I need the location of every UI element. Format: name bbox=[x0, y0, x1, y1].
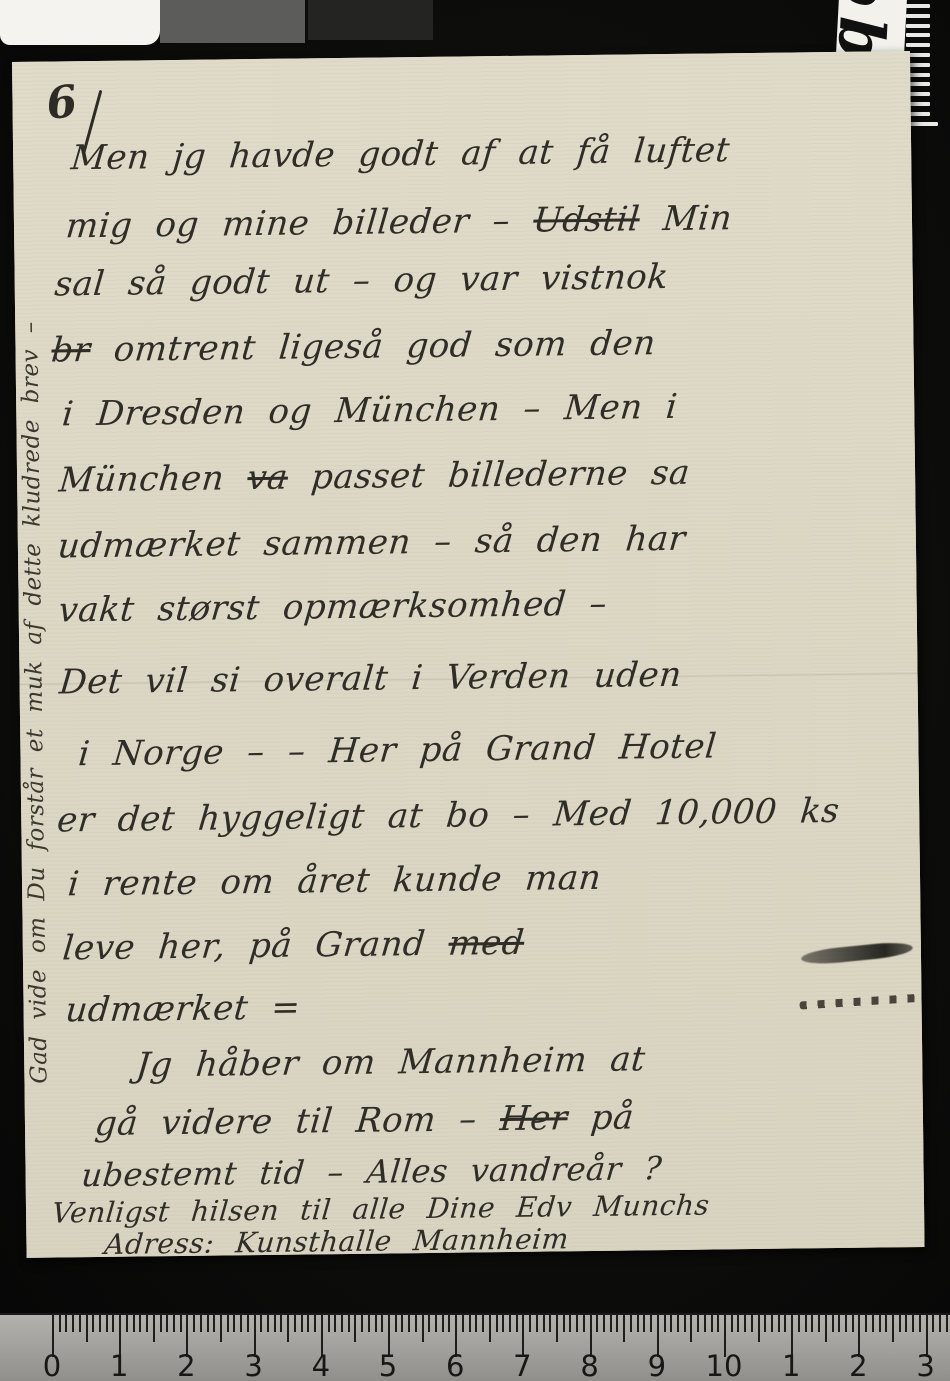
handwritten-line: Jg håber om Mannheim at bbox=[135, 1042, 647, 1082]
handwritten-line: udmærket sammen – så den har bbox=[56, 522, 687, 564]
ruler-tick bbox=[280, 1315, 282, 1332]
ruler-tick bbox=[65, 1315, 67, 1332]
ruler-tick bbox=[307, 1315, 309, 1332]
struck-word: va bbox=[246, 458, 290, 499]
line-text: udmærket = bbox=[64, 988, 302, 1031]
ruler-tick bbox=[428, 1315, 430, 1332]
line-text: Det vil si overalt i Verden uden bbox=[58, 655, 684, 703]
ruler-tick bbox=[422, 1315, 424, 1342]
ruler-number: 3 bbox=[896, 1349, 950, 1381]
ruler-tick bbox=[274, 1315, 276, 1332]
handwritten-line: mig og mine billeder – Udstil Min bbox=[64, 201, 733, 243]
ruler-tick bbox=[536, 1315, 538, 1332]
handwritten-line: gå videre til Rom – Her på bbox=[93, 1100, 635, 1141]
ruler-tick bbox=[543, 1315, 545, 1332]
line-text: i Dresden og München – Men i bbox=[60, 387, 679, 435]
ruler: 012345678910123 bbox=[0, 1313, 950, 1381]
ruler-tick bbox=[173, 1315, 175, 1332]
ruler-tick bbox=[106, 1315, 108, 1332]
ruler-tick bbox=[798, 1315, 800, 1332]
ruler-number: 8 bbox=[560, 1349, 620, 1381]
ruler-tick bbox=[603, 1315, 605, 1332]
ruler-tick bbox=[731, 1315, 733, 1332]
ruler-tick bbox=[825, 1315, 827, 1342]
ruler-tick bbox=[697, 1315, 699, 1332]
ruler-tick bbox=[395, 1315, 397, 1332]
ruler-tick bbox=[630, 1315, 632, 1332]
ruler-tick bbox=[381, 1315, 383, 1332]
ruler-tick bbox=[368, 1315, 370, 1332]
ruler-tick bbox=[92, 1315, 94, 1332]
line-text: passet billederne sa bbox=[286, 453, 692, 498]
struck-word: Udstil bbox=[532, 199, 642, 240]
handwritten-line: br omtrent ligeså god som den bbox=[50, 326, 657, 367]
ruler-tick bbox=[496, 1315, 498, 1332]
line-text: leve her, på Grand bbox=[61, 924, 450, 969]
ruler-number: 6 bbox=[425, 1349, 485, 1381]
ruler-tick bbox=[556, 1315, 558, 1342]
struck-word: med bbox=[447, 923, 526, 964]
ruler-tick bbox=[865, 1315, 867, 1332]
line-text: Men jg havde godt af at få luftet bbox=[69, 130, 731, 178]
ruler-tick bbox=[744, 1315, 746, 1332]
ruler-tick bbox=[737, 1315, 739, 1332]
ruler-tick bbox=[200, 1315, 202, 1332]
ruler-tick bbox=[180, 1315, 182, 1332]
line-text: vakt størst opmærksomhed – bbox=[57, 584, 609, 631]
ruler-tick bbox=[314, 1315, 316, 1332]
line-text: i rente om året kunde man bbox=[66, 858, 603, 905]
ruler-tick bbox=[72, 1315, 74, 1332]
ruler-tick bbox=[771, 1315, 773, 1332]
ruler-tick bbox=[401, 1315, 403, 1332]
line-text: omtrent ligeså god som den bbox=[89, 323, 658, 370]
ruler-number: 9 bbox=[627, 1349, 687, 1381]
ruler-tick bbox=[213, 1315, 215, 1332]
line-text: gå videre til Rom – bbox=[93, 1099, 502, 1144]
ruler-tick bbox=[939, 1315, 941, 1332]
handwritten-line: sal så godt ut – og var vistnok bbox=[53, 260, 670, 302]
ruler-tick bbox=[516, 1315, 518, 1332]
ruler-tick bbox=[240, 1315, 242, 1332]
ruler-tick bbox=[328, 1315, 330, 1332]
scanned-letter-photo: b b 6 Gad vide om Du forstår et muk af d… bbox=[0, 0, 950, 1381]
ruler-tick bbox=[502, 1315, 504, 1332]
ruler-tick bbox=[435, 1315, 437, 1332]
ruler-tick bbox=[616, 1315, 618, 1332]
ruler-tick bbox=[664, 1315, 666, 1332]
handwritten-line: Adress: Kunsthalle Mannheim bbox=[103, 1225, 570, 1259]
edge-scale-tick bbox=[906, 14, 930, 18]
ruler-number: 3 bbox=[224, 1349, 284, 1381]
ruler-tick bbox=[301, 1315, 303, 1332]
edge-scale-tick bbox=[906, 24, 930, 28]
ruler-tick bbox=[711, 1315, 713, 1332]
ruler-tick bbox=[677, 1315, 679, 1332]
ruler-tick bbox=[818, 1315, 820, 1332]
ruler-tick bbox=[690, 1315, 692, 1342]
ruler-number: 0 bbox=[22, 1349, 82, 1381]
handwritten-line: Men jg havde godt af at få luftet bbox=[70, 133, 732, 175]
edge-scale-tick bbox=[906, 43, 930, 47]
ruler-tick bbox=[448, 1315, 450, 1332]
ruler-tick bbox=[375, 1315, 377, 1332]
ruler-number: 4 bbox=[291, 1349, 351, 1381]
handwritten-line: udmærket = bbox=[64, 991, 302, 1028]
ruler-tick bbox=[610, 1315, 612, 1332]
ruler-tick bbox=[334, 1315, 336, 1332]
ruler-tick bbox=[583, 1315, 585, 1332]
ruler-tick bbox=[805, 1315, 807, 1332]
ruler-tick bbox=[59, 1315, 61, 1332]
line-text: er det hyggeligt at bo – Med 10,000 ks bbox=[55, 791, 841, 841]
ruler-tick bbox=[563, 1315, 565, 1332]
ruler-tick bbox=[469, 1315, 471, 1332]
ruler-tick bbox=[287, 1315, 289, 1342]
line-text: i Norge – – Her på Grand Hotel bbox=[77, 726, 719, 774]
ruler-tick bbox=[482, 1315, 484, 1332]
calibration-patch-dark bbox=[308, 0, 433, 40]
ruler-tick bbox=[112, 1315, 114, 1332]
ruler-tick bbox=[247, 1315, 249, 1332]
ruler-tick bbox=[872, 1315, 874, 1332]
handwritten-line: i Dresden og München – Men i bbox=[61, 390, 679, 432]
ruler-tick bbox=[139, 1315, 141, 1332]
ruler-number: 5 bbox=[358, 1349, 418, 1381]
ruler-tick bbox=[932, 1315, 934, 1332]
handwritten-line: München va passet billederne sa bbox=[58, 456, 692, 498]
line-text: mig og mine billeder – bbox=[64, 201, 535, 247]
ink-dots-mark bbox=[799, 994, 917, 1010]
ruler-number: 7 bbox=[492, 1349, 552, 1381]
line-text: Venligst hilsen til alle Dine Edv Munchs bbox=[51, 1189, 711, 1230]
ruler-tick bbox=[717, 1315, 719, 1332]
ruler-tick bbox=[596, 1315, 598, 1332]
ruler-tick bbox=[549, 1315, 551, 1332]
ruler-tick bbox=[899, 1315, 901, 1332]
ruler-tick bbox=[569, 1315, 571, 1332]
ruler-tick bbox=[946, 1315, 948, 1332]
ruler-tick bbox=[764, 1315, 766, 1332]
ruler-tick bbox=[919, 1315, 921, 1332]
ruler-tick bbox=[489, 1315, 491, 1342]
ruler-tick bbox=[811, 1315, 813, 1332]
ruler-number: 1 bbox=[761, 1349, 821, 1381]
ruler-tick bbox=[227, 1315, 229, 1332]
ruler-tick bbox=[838, 1315, 840, 1332]
ruler-tick bbox=[361, 1315, 363, 1332]
line-text: sal så godt ut – og var vistnok bbox=[53, 257, 670, 305]
line-text: Min bbox=[638, 198, 734, 239]
ruler-number: 2 bbox=[156, 1349, 216, 1381]
ruler-tick bbox=[637, 1315, 639, 1332]
ruler-tick bbox=[408, 1315, 410, 1332]
ruler-tick bbox=[160, 1315, 162, 1332]
edge-scale-tick bbox=[906, 4, 930, 8]
ruler-tick bbox=[79, 1315, 81, 1332]
ruler-tick bbox=[348, 1315, 350, 1332]
ruler-tick bbox=[529, 1315, 531, 1332]
handwritten-line: i Norge – – Her på Grand Hotel bbox=[77, 729, 718, 771]
ruler-tick bbox=[845, 1315, 847, 1332]
ruler-number: 10 bbox=[694, 1349, 754, 1381]
ruler-tick bbox=[166, 1315, 168, 1332]
label-letter-partial: b bbox=[833, 0, 897, 10]
line-text: på bbox=[566, 1097, 636, 1138]
letter-page: 6 Gad vide om Du forstår et muk af dette… bbox=[12, 51, 925, 1258]
ruler-tick bbox=[415, 1315, 417, 1332]
ruler-tick bbox=[233, 1315, 235, 1332]
ruler-tick bbox=[99, 1315, 101, 1332]
ruler-tick bbox=[912, 1315, 914, 1332]
calibration-patch-gray bbox=[160, 0, 305, 43]
line-text: München bbox=[57, 458, 249, 500]
handwritten-line: er det hyggeligt at bo – Med 10,000 ks bbox=[56, 794, 841, 838]
handwritten-line: Det vil si overalt i Verden uden bbox=[58, 658, 683, 700]
struck-word: Her bbox=[498, 1098, 569, 1139]
handwritten-line: i rente om året kunde man bbox=[66, 861, 602, 902]
ruler-tick bbox=[892, 1315, 894, 1342]
ruler-tick bbox=[643, 1315, 645, 1332]
handwritten-line: ubestemt tid – Alles vandreår ? bbox=[80, 1152, 663, 1191]
ruler-number: 2 bbox=[828, 1349, 888, 1381]
line-text: udmærket sammen – så den har bbox=[56, 519, 687, 567]
handwritten-line: vakt størst opmærksomhed – bbox=[57, 587, 608, 628]
ruler-tick bbox=[684, 1315, 686, 1332]
ruler-tick bbox=[133, 1315, 135, 1332]
struck-word: br bbox=[50, 330, 93, 371]
ruler-tick bbox=[852, 1315, 854, 1332]
ruler-tick bbox=[86, 1315, 88, 1342]
ruler-tick bbox=[905, 1315, 907, 1332]
line-text: ubestemt tid – Alles vandreår ? bbox=[80, 1149, 664, 1194]
ruler-number: 1 bbox=[89, 1349, 149, 1381]
ruler-tick bbox=[126, 1315, 128, 1332]
ruler-tick bbox=[354, 1315, 356, 1342]
handwritten-line: Venligst hilsen til alle Dine Edv Munchs bbox=[51, 1192, 711, 1228]
ruler-tick bbox=[623, 1315, 625, 1342]
ruler-tick bbox=[153, 1315, 155, 1342]
ruler-tick bbox=[341, 1315, 343, 1332]
ruler-tick bbox=[832, 1315, 834, 1332]
ruler-tick bbox=[146, 1315, 148, 1332]
letter-body: Men jg havde godt af at få luftetmig og … bbox=[12, 51, 910, 62]
ruler-tick bbox=[650, 1315, 652, 1332]
ruler-tick bbox=[758, 1315, 760, 1342]
handwritten-line: leve her, på Grand med bbox=[61, 926, 526, 966]
margin-note: Gad vide om Du forstår et muk af dette k… bbox=[16, 204, 53, 1084]
page-number: 6 bbox=[44, 76, 80, 130]
ruler-tick bbox=[670, 1315, 672, 1332]
ruler-tick bbox=[442, 1315, 444, 1332]
ink-smudge-mark bbox=[800, 940, 913, 966]
ruler-tick bbox=[220, 1315, 222, 1342]
line-text: Jg håber om Mannheim at bbox=[134, 1039, 647, 1085]
edge-scale-tick bbox=[906, 33, 930, 37]
ruler-tick bbox=[778, 1315, 780, 1332]
ruler-tick bbox=[751, 1315, 753, 1332]
ruler-tick bbox=[576, 1315, 578, 1332]
calibration-patch-white bbox=[0, 0, 160, 45]
ruler-tick bbox=[475, 1315, 477, 1332]
ruler-tick bbox=[294, 1315, 296, 1332]
ruler-tick bbox=[193, 1315, 195, 1332]
ruler-tick bbox=[885, 1315, 887, 1332]
ruler-tick bbox=[267, 1315, 269, 1332]
ruler-tick bbox=[260, 1315, 262, 1332]
ruler-tick bbox=[784, 1315, 786, 1332]
ruler-tick bbox=[509, 1315, 511, 1332]
ruler-tick bbox=[207, 1315, 209, 1332]
ruler-tick bbox=[704, 1315, 706, 1332]
ruler-tick bbox=[462, 1315, 464, 1332]
line-text: Adress: Kunsthalle Mannheim bbox=[103, 1222, 570, 1261]
ruler-tick bbox=[879, 1315, 881, 1332]
